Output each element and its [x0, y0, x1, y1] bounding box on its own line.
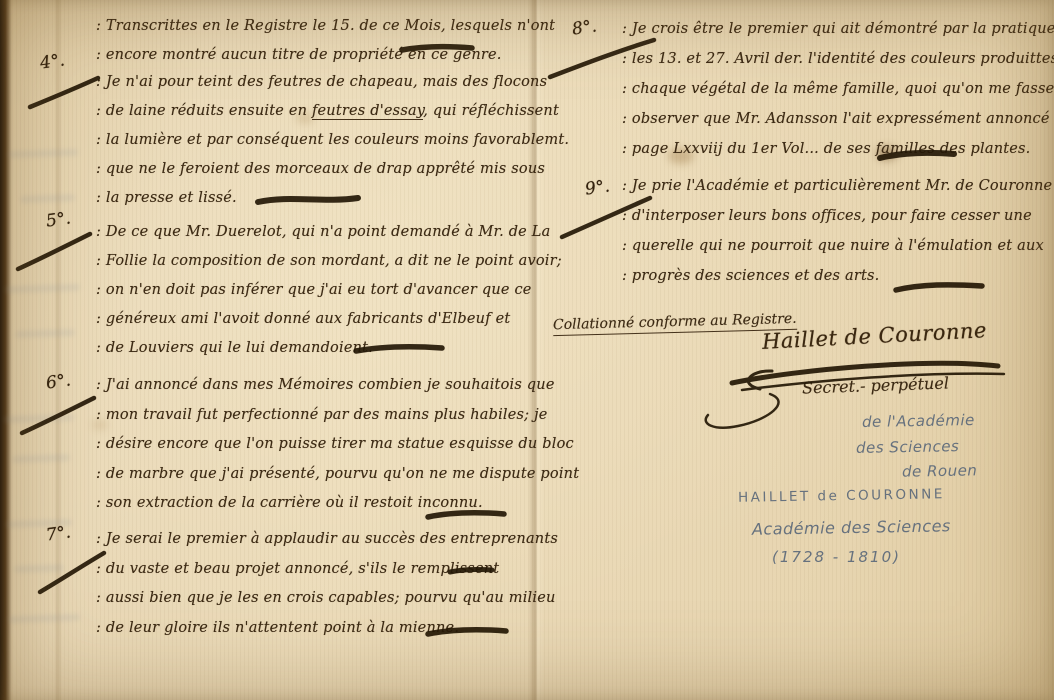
manuscript-line: : on n'en doit pas inférer que j'ai eu t…: [96, 276, 562, 305]
manuscript-line: : progrès des sciences et des arts.: [622, 261, 1052, 291]
pencil-identification-dates: (1728 - 1810): [772, 548, 901, 566]
item-number-8: 8°.: [571, 16, 598, 39]
left-page-crease: [54, 0, 62, 700]
manuscript-line: : Je n'ai pour teint des feutres de chap…: [96, 68, 569, 97]
manuscript-line: : Je prie l'Académie et particulièrement…: [622, 171, 1052, 201]
ink-bleed-smudge: [15, 329, 75, 338]
manuscript-line: : Transcrittes en le Registre le 15. de …: [96, 12, 555, 41]
manuscript-line-with-underline: : de laine réduits ensuite en feutres d'…: [96, 97, 569, 126]
item-7-paragraph: : Je serai le premier à applaudir au suc…: [96, 525, 558, 643]
item-number-6: 6°.: [45, 370, 72, 393]
margin-flourish-4: [30, 78, 98, 107]
manuscript-line: : les 13. et 27. Avril der. l'identité d…: [622, 44, 1054, 74]
item-5-paragraph: : De ce que Mr. Duerelot, qui n'a point …: [96, 218, 562, 363]
pencil-side-note-line: de l'Académie: [862, 411, 975, 431]
margin-flourish-7: [40, 553, 104, 592]
paper-left-edge: [0, 0, 12, 700]
underlined-phrase: feutres d'essay: [312, 103, 423, 120]
item-number-9: 9°.: [584, 176, 611, 199]
signature-title: Secret.- perpétuel: [802, 373, 949, 397]
item-4-paragraph: : Je n'ai pour teint des feutres de chap…: [96, 68, 569, 213]
item-number-5: 5°.: [45, 208, 72, 231]
manuscript-line: : du vaste et beau projet annoncé, s'ils…: [96, 555, 558, 585]
manuscript-line: : J'ai annoncé dans mes Mémoires combien…: [96, 371, 579, 401]
manuscript-line: : observer que Mr. Adansson l'ait expres…: [622, 104, 1054, 134]
signature-flourish: [748, 371, 772, 389]
manuscript-line: : généreux ami l'avoit donné aux fabrica…: [96, 305, 562, 334]
item-number-4: 4°.: [39, 50, 66, 73]
manuscript-line: : la lumière et par conséquent les coule…: [96, 126, 569, 155]
ink-bleed-smudge: [12, 454, 70, 463]
pencil-side-note-line: des Sciences: [856, 437, 960, 457]
item-8-paragraph: : Je crois être le premier qui ait démon…: [622, 14, 1054, 164]
manuscript-line: : aussi bien que je les en crois capable…: [96, 584, 558, 614]
manuscript-line: : la presse et lissé.: [96, 184, 569, 213]
item-6-paragraph: : J'ai annoncé dans mes Mémoires combien…: [96, 371, 579, 519]
manuscript-line: : mon travail fut perfectionné par des m…: [96, 401, 579, 431]
item-number-7: 7°.: [45, 522, 72, 545]
ink-bleed-smudge: [5, 284, 80, 294]
manuscript-line: : chaque végétal de la même famille, quo…: [622, 74, 1054, 104]
pencil-identification-name: HAILLET de COURONNE: [738, 486, 945, 506]
manuscript-line: : Je crois être le premier qui ait démon…: [622, 14, 1054, 44]
item-9-paragraph: : Je prie l'Académie et particulièrement…: [622, 171, 1052, 291]
attestation-line: Collationné conforme au Registre.: [553, 311, 797, 336]
manuscript-line: : page Lxxviij du 1er Vol... de ses fami…: [622, 134, 1054, 164]
manuscript-line: : de Louviers qui le lui demandoient.: [96, 334, 562, 363]
manuscript-line: : que ne le feroient des morceaux de dra…: [96, 155, 569, 184]
manuscript-line: : querelle qui ne pourroit que nuire à l…: [622, 231, 1052, 261]
line-fragment: : de laine réduits ensuite en: [96, 103, 312, 119]
pencil-side-note-line: de Rouen: [902, 461, 978, 480]
pencil-identification-academy: Académie des Sciences: [752, 516, 951, 538]
margin-flourish-5: [18, 234, 90, 269]
ink-bleed-smudge: [8, 614, 80, 624]
manuscript-line: : désire encore que l'on puisse tirer ma…: [96, 430, 579, 460]
manuscript-photo: : Transcrittes en le Registre le 15. de …: [0, 0, 1054, 700]
manuscript-line: : de leur gloire ils n'attentent point à…: [96, 614, 558, 644]
manuscript-line: : d'interposer leurs bons offices, pour …: [622, 201, 1052, 231]
intro-paragraph: : Transcrittes en le Registre le 15. de …: [96, 12, 555, 70]
ink-bleed-smudge: [20, 194, 75, 203]
ink-bleed-smudge: [14, 564, 64, 573]
manuscript-line: : De ce que Mr. Duerelot, qui n'a point …: [96, 218, 562, 247]
ink-bleed-smudge: [8, 149, 78, 158]
manuscript-line: : son extraction de la carrière où il re…: [96, 489, 579, 519]
signature-paraph: [706, 394, 779, 428]
line-fragment: , qui réfléchissent: [423, 103, 559, 119]
manuscript-line: : de marbre que j'ai présenté, pourvu qu…: [96, 460, 579, 490]
ink-bleed-smudge: [4, 414, 74, 423]
manuscript-line: : Follie la composition de son mordant, …: [96, 247, 562, 276]
manuscript-line: : Je serai le premier à applaudir au suc…: [96, 525, 558, 555]
manuscript-line: : encore montré aucun titre de propriété…: [96, 41, 555, 70]
